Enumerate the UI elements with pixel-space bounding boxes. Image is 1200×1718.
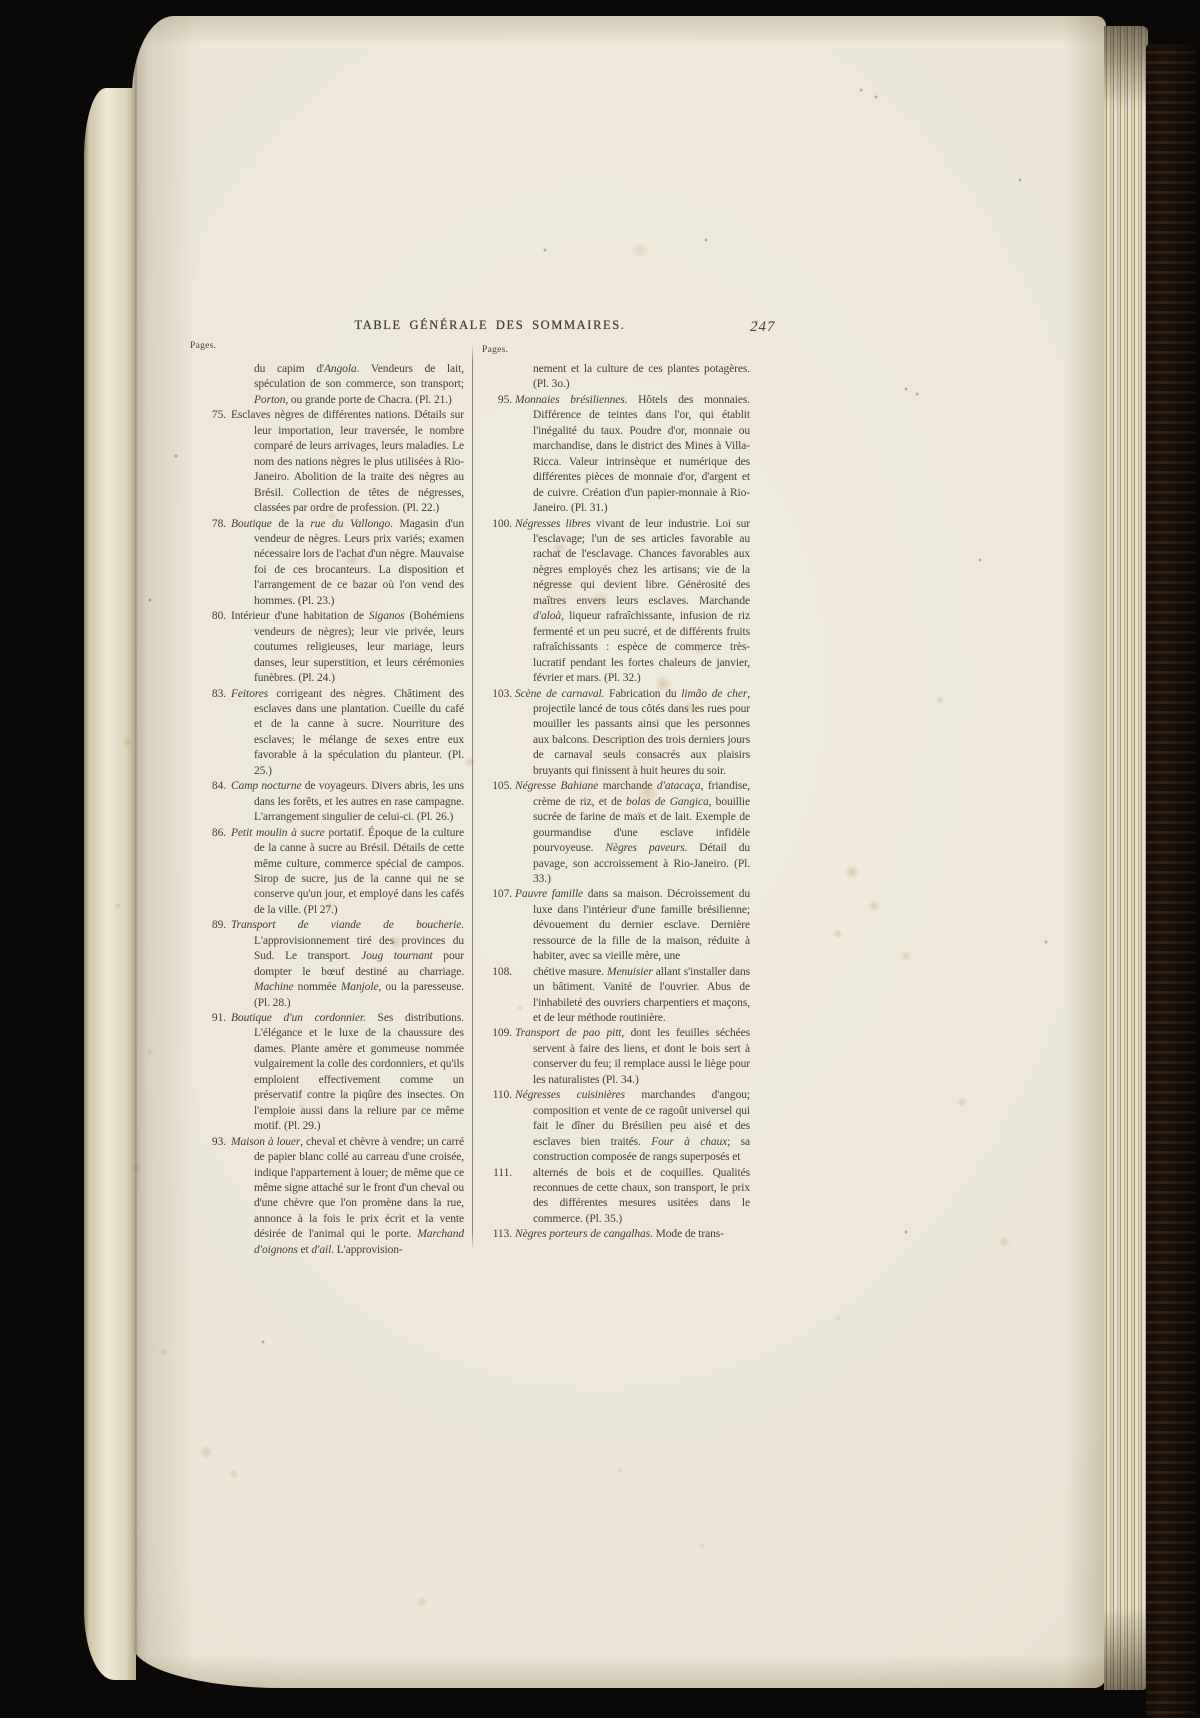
entry-text-part: de la [272, 518, 311, 530]
entry-text-part: Pauvre famille [515, 888, 583, 900]
entry-text: Nègres porteurs de cangalhas. Mode de tr… [478, 1227, 750, 1242]
entry-text-part: Intérieur d'une habitation de [231, 610, 369, 622]
toc-entry: 93.Maison à louer, cheval et chèvre à ve… [192, 1135, 464, 1259]
page-title: TABLE GÉNÉRALE DES SOMMAIRES. [190, 318, 790, 333]
toc-entry: 108.chétive masure. Menuisier allant s'i… [478, 965, 750, 1027]
entry-text-part: d'ail [311, 1244, 331, 1256]
entry-page-number: 107. [478, 887, 512, 902]
folio-number: 247 [750, 319, 776, 336]
entry-text-part: Hôtels des monnaies. Différence de teint… [533, 394, 750, 514]
toc-entry: 113.Nègres porteurs de cangalhas. Mode d… [478, 1227, 750, 1242]
column-divider [472, 344, 473, 1250]
entry-page-number: 93. [200, 1135, 226, 1150]
entry-text-part: nommée [294, 981, 341, 993]
entry-text-part: Nègres porteurs de cangalhas [515, 1228, 650, 1240]
entry-page-number: 108. [478, 965, 512, 980]
entry-text-part: Camp nocturne [231, 780, 301, 792]
entry-text-part: , liqueur rafraîchissante, infusion de r… [533, 610, 750, 684]
entry-page-number: 95. [478, 393, 512, 408]
entry-text-part: Machine [254, 981, 294, 993]
entry-page-number: 75. [200, 408, 226, 423]
pages-column-label-right: Pages. [482, 345, 508, 355]
toc-entry: 105.Négresse Bahiane marchande d'atacaça… [478, 779, 750, 887]
entry-text: nement et la culture de ces plantes pota… [478, 362, 750, 393]
toc-entry: 84.Camp nocturne de voyageurs. Divers ab… [192, 779, 464, 825]
entry-text-part: Feitores [231, 688, 268, 700]
entry-text: Camp nocturne de voyageurs. Divers abris… [192, 779, 464, 825]
entry-text: Maison à louer, cheval et chèvre à vendr… [192, 1135, 464, 1259]
entry-text-part: , projectile lancé de tous côtés dans le… [533, 688, 750, 777]
entry-text: alternés de bois et de coquilles. Qualit… [478, 1166, 750, 1228]
toc-entry: 89.Transport de viande de boucherie. L'a… [192, 918, 464, 1011]
toc-entry: nement et la culture de ces plantes pota… [478, 362, 750, 393]
entry-text: Transport de pao pitt, dont les feuilles… [478, 1026, 750, 1088]
toc-column-right: nement et la culture de ces plantes pota… [478, 362, 750, 1243]
page-content: TABLE GÉNÉRALE DES SOMMAIRES. 247 Pages.… [190, 318, 790, 1258]
toc-entry: 78.Boutique de la rue du Vallongo. Magas… [192, 517, 464, 610]
entry-text: Intérieur d'une habitation de Siganos (B… [192, 609, 464, 686]
toc-entry: 86.Petit moulin à sucre portatif. Époque… [192, 826, 464, 919]
entry-text: Boutique de la rue du Vallongo. Magasin … [192, 517, 464, 610]
entry-page-number: 84. [200, 779, 226, 794]
entry-page-number: 100. [478, 517, 512, 532]
entry-text: Petit moulin à sucre portatif. Époque de… [192, 826, 464, 919]
entry-text-part: Esclaves nègres de différentes nations. … [231, 409, 464, 514]
entry-text: Pauvre famille dans sa maison. Décroisse… [478, 887, 750, 964]
entry-text-part: Siganos [369, 610, 405, 622]
book-page: TABLE GÉNÉRALE DES SOMMAIRES. 247 Pages.… [132, 16, 1106, 1688]
entry-text-part: marchande [598, 780, 657, 792]
entry-text-part: du capim d' [254, 363, 324, 375]
entry-page-number: 91. [200, 1011, 226, 1026]
toc-entry: 80.Intérieur d'une habitation de Siganos… [192, 609, 464, 686]
toc-entry: 109.Transport de pao pitt, dont les feui… [478, 1026, 750, 1088]
entry-text-part: Angola [324, 363, 357, 375]
entry-text-part: Four à chaux [651, 1136, 727, 1148]
entry-text-part: . Magasin d'un vendeur de nègres. Leurs … [254, 518, 464, 607]
entry-text-part: Boutique [231, 518, 272, 530]
entry-text-part: Menuisier [607, 966, 653, 978]
entry-text-part: Nègres paveurs. [605, 842, 687, 854]
entry-text-part: et [298, 1244, 312, 1256]
entry-text-part: Petit moulin à sucre [231, 827, 325, 839]
entry-text-part: Maison à louer [231, 1136, 300, 1148]
book-photograph: TABLE GÉNÉRALE DES SOMMAIRES. 247 Pages.… [0, 0, 1200, 1718]
entry-page-number: 78. [200, 517, 226, 532]
entry-text-part: chétive masure. [533, 966, 607, 978]
entry-text-part: limão de cher [681, 688, 747, 700]
entry-page-number: 110. [478, 1088, 512, 1103]
entry-text: Monnaies brésiliennes. Hôtels des monnai… [478, 393, 750, 517]
book-cover [1146, 44, 1196, 1718]
entry-text-part: Joug tournant [361, 950, 432, 962]
entry-text-part: Négresses cuisinières [515, 1089, 625, 1101]
entry-text: du capim d'Angola. Vendeurs de lait, spé… [192, 362, 464, 408]
toc-entry: 83.Feitores corrigeant des nègres. Châti… [192, 687, 464, 780]
entry-text: Scène de carnaval. Fabrication du limão … [478, 687, 750, 780]
entry-text-part: bolas de Gangica [626, 796, 709, 808]
entry-text-part: vivant de leur industrie. Loi sur l'escl… [533, 518, 750, 607]
entry-text-part: rue du Vallongo [310, 518, 390, 530]
toc-entry: 91.Boutique d'un cordonnier. Ses distrib… [192, 1011, 464, 1135]
entry-text: Esclaves nègres de différentes nations. … [192, 408, 464, 516]
entry-text: chétive masure. Menuisier allant s'insta… [478, 965, 750, 1027]
entry-text: Négresses cuisinières marchandes d'angou… [478, 1088, 750, 1165]
entry-text-part: nement et la culture de ces plantes pota… [533, 363, 750, 390]
entry-page-number: 111. [478, 1166, 512, 1181]
toc-entry: 95.Monnaies brésiliennes. Hôtels des mon… [478, 393, 750, 517]
entry-text-part: Négresse Bahiane [515, 780, 598, 792]
entry-text-part: Monnaies brésiliennes. [515, 394, 627, 406]
entry-text-part: Boutique d'un cordonnier. [231, 1012, 366, 1024]
entry-page-number: 86. [200, 826, 226, 841]
entry-text: Négresse Bahiane marchande d'atacaça, fr… [478, 779, 750, 887]
entry-text: Transport de viande de boucherie. L'appr… [192, 918, 464, 1011]
entry-page-number: 103. [478, 687, 512, 702]
entry-text-part: Scène de carnaval. [515, 688, 604, 700]
toc-entry: 107.Pauvre famille dans sa maison. Décro… [478, 887, 750, 964]
toc-entry: 75.Esclaves nègres de différentes nation… [192, 408, 464, 516]
entry-text-part: Ses distributions. L'élégance et le luxe… [254, 1012, 464, 1132]
pages-column-label-left: Pages. [190, 341, 216, 351]
entry-page-number: 80. [200, 609, 226, 624]
toc-entry: 110.Négresses cuisinières marchandes d'a… [478, 1088, 750, 1165]
entry-text-part: Manjole [341, 981, 379, 993]
entry-text-part: d'aloà [533, 610, 561, 622]
entry-text-part: , cheval et chèvre à vendre; un carré de… [254, 1136, 464, 1241]
entry-text-part: corrigeant des nègres. Châtiment des esc… [254, 688, 464, 777]
toc-entry: du capim d'Angola. Vendeurs de lait, spé… [192, 362, 464, 408]
entry-text: Boutique d'un cordonnier. Ses distributi… [192, 1011, 464, 1135]
entry-text-part: Transport de pao pitt [515, 1027, 621, 1039]
left-page-edge [84, 88, 136, 1680]
entry-text-part: Transport de viande de boucherie. [231, 919, 464, 931]
toc-column-left: du capim d'Angola. Vendeurs de lait, spé… [192, 362, 464, 1258]
entry-page-number: 83. [200, 687, 226, 702]
toc-entry: 103.Scène de carnaval. Fabrication du li… [478, 687, 750, 780]
toc-entry: 100.Négresses libres vivant de leur indu… [478, 517, 750, 687]
entry-text-part: Négresses libres [515, 518, 591, 530]
entry-text-part: portatif. Époque de la culture de la can… [254, 827, 464, 916]
entry-page-number: 113. [478, 1227, 512, 1242]
entry-text: Négresses libres vivant de leur industri… [478, 517, 750, 687]
entry-text-part: Porton [254, 394, 285, 406]
entry-text-part: Fabrication du [604, 688, 681, 700]
entry-text-part: , ou grande porte de Chacra. (Pl. 21.) [285, 394, 451, 406]
entry-text: Feitores corrigeant des nègres. Châtimen… [192, 687, 464, 780]
entry-text-part: . Mode de trans- [650, 1228, 724, 1240]
entry-text-part: . L'approvision- [331, 1244, 402, 1256]
entry-page-number: 109. [478, 1026, 512, 1041]
fore-edge-pages [1104, 26, 1148, 1690]
entry-text-part: d'atacaça [657, 780, 701, 792]
entry-page-number: 105. [478, 779, 512, 794]
entry-text-part: alternés de bois et de coquilles. Qualit… [533, 1167, 750, 1225]
entry-page-number: 89. [200, 918, 226, 933]
toc-entry: 111.alternés de bois et de coquilles. Qu… [478, 1166, 750, 1228]
